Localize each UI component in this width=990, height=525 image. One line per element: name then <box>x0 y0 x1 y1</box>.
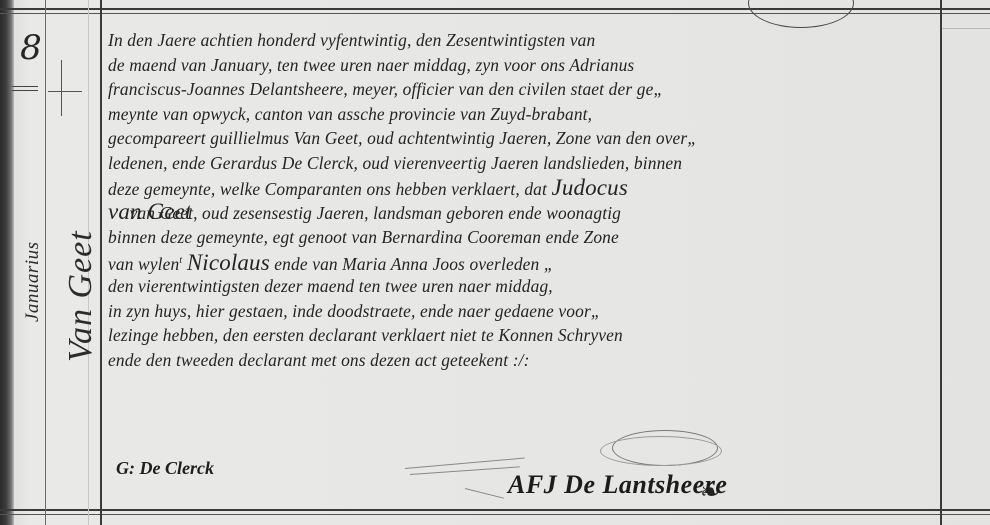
signature-officer: AFJ De Lantsheere <box>508 470 727 500</box>
body-line-7-text: deze gemeynte, welke Comparanten ons heb… <box>108 179 547 199</box>
record-number-underline <box>12 86 38 91</box>
body-line-4: meynte van opwyck, canton van assche pro… <box>108 102 938 127</box>
signature-declarant: G: De Clerck <box>116 458 214 479</box>
body-line-7: deze gemeynte, welke Comparanten ons heb… <box>108 176 938 201</box>
body-line-10: van wylent Nicolaus ende van Maria Anna … <box>108 249 938 274</box>
pen-stroke <box>465 488 504 499</box>
body-line-3: franciscus-Joannes Delantsheere, meyer, … <box>108 77 938 102</box>
margin-column-rule-1 <box>45 0 46 525</box>
margin-month: Januarius <box>22 242 44 323</box>
text-column-rule-right <box>940 0 942 525</box>
pen-stroke <box>410 466 520 475</box>
signature-flourish-icon: ❧ <box>700 478 720 506</box>
deceased-first-name: Judocus <box>552 175 628 200</box>
text-column-rule-left <box>100 0 102 525</box>
body-line-10-rest: ende van Maria Anna Joos overleden „ <box>274 254 553 274</box>
body-line-2: de maend van January, ten twee uren naer… <box>108 53 938 78</box>
body-line-10-text: van wylen <box>108 254 179 274</box>
bottom-rule-inner <box>0 514 990 515</box>
body-line-13: lezinge hebben, den eersten declarant ve… <box>108 323 938 348</box>
body-line-5: gecompareert guillielmus Van Geet, oud a… <box>108 126 938 151</box>
right-column-rule <box>940 28 990 29</box>
body-line-12: in zyn huys, hier gestaen, inde doodstra… <box>108 299 938 324</box>
death-cross-mark-horizontal <box>48 91 82 92</box>
body-line-8: van Geetvan Geet, oud zesensestig Jaeren… <box>108 200 938 225</box>
body-line-6: ledenen, ende Gerardus De Clerck, oud vi… <box>108 151 938 176</box>
body-line-14: ende den tweeden declarant met ons dezen… <box>108 348 938 373</box>
body-line-11: den vierentwintigsten dezer maend ten tw… <box>108 274 938 299</box>
superscript-t: t <box>179 255 182 266</box>
ink-oval-flourish-signature-outer <box>600 436 722 466</box>
record-body: In den Jaere achtien honderd vyfentwinti… <box>108 28 938 372</box>
body-line-8-text: van Geet, oud zesensestig Jaeren, landsm… <box>130 201 621 226</box>
register-page: 8 Januarius Van Geet In den Jaere achtie… <box>0 0 990 525</box>
ink-oval-flourish-top <box>748 0 854 28</box>
father-name: Nicolaus <box>187 250 270 275</box>
body-line-9: binnen deze gemeynte, egt genoot van Ber… <box>108 225 938 250</box>
bottom-rule-outer <box>0 509 990 511</box>
scan-edge-shadow <box>0 0 14 525</box>
body-line-1: In den Jaere achtien honderd vyfentwinti… <box>108 28 938 53</box>
margin-deceased-name: Van Geet <box>62 230 100 362</box>
death-cross-mark-vertical <box>61 60 62 116</box>
record-number: 8 <box>18 28 44 68</box>
